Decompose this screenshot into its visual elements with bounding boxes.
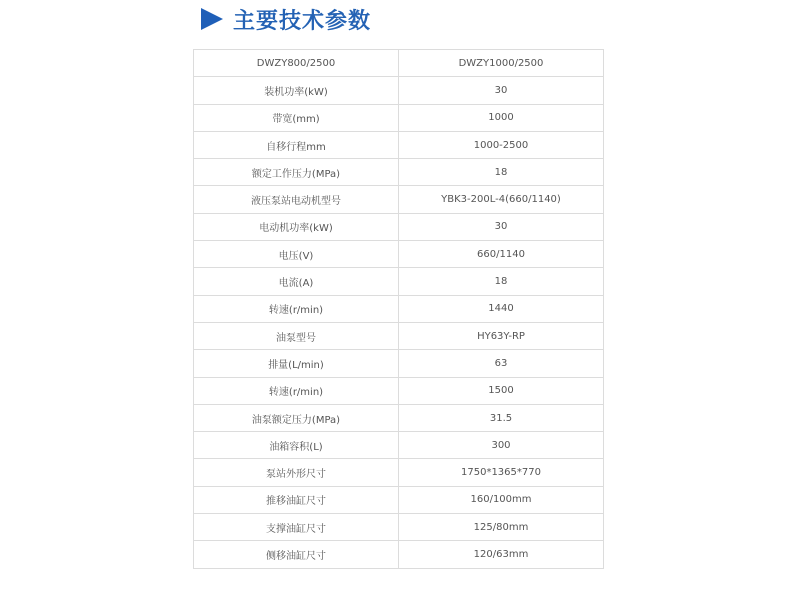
- param-label: 油泵额定压力(MPa): [194, 404, 399, 431]
- param-label: 推移油缸尺寸: [194, 486, 399, 513]
- param-label: 液压泵站电动机型号: [194, 186, 399, 213]
- param-value: 63: [399, 350, 604, 377]
- param-label: 额定工作压力(MPa): [194, 159, 399, 186]
- param-value: 1440: [399, 295, 604, 322]
- table-row: 推移油缸尺寸160/100mm: [194, 486, 604, 513]
- param-value: 18: [399, 268, 604, 295]
- param-label: 支撑油缸尺寸: [194, 514, 399, 541]
- param-value: 660/1140: [399, 241, 604, 268]
- table-row: 带宽(mm)1000: [194, 104, 604, 131]
- table-row: 排量(L/min)63: [194, 350, 604, 377]
- param-label: 泵站外形尺寸: [194, 459, 399, 486]
- section-title: 主要技术参数: [233, 4, 371, 35]
- param-label: 油泵型号: [194, 322, 399, 349]
- header-cell-model-1: DWZY800/2500: [194, 50, 399, 77]
- param-label: 转速(r/min): [194, 295, 399, 322]
- param-label: 带宽(mm): [194, 104, 399, 131]
- param-value: 125/80mm: [399, 514, 604, 541]
- param-label: 油箱容积(L): [194, 432, 399, 459]
- table-row: 转速(r/min)1440: [194, 295, 604, 322]
- param-value: 300: [399, 432, 604, 459]
- table-row: 泵站外形尺寸1750*1365*770: [194, 459, 604, 486]
- table-row: 电压(V)660/1140: [194, 241, 604, 268]
- table-row: 油泵额定压力(MPa)31.5: [194, 404, 604, 431]
- param-value: 1000: [399, 104, 604, 131]
- param-value: HY63Y-RP: [399, 322, 604, 349]
- table-row: 油泵型号HY63Y-RP: [194, 322, 604, 349]
- section-heading: 主要技术参数: [201, 4, 371, 34]
- table-row: 自移行程mm1000-2500: [194, 131, 604, 158]
- param-value: 31.5: [399, 404, 604, 431]
- param-label: 排量(L/min): [194, 350, 399, 377]
- param-label: 电流(A): [194, 268, 399, 295]
- spec-table: DWZY800/2500 DWZY1000/2500 装机功率(kW)30带宽(…: [193, 49, 604, 569]
- param-label: 自移行程mm: [194, 131, 399, 158]
- header-cell-model-2: DWZY1000/2500: [399, 50, 604, 77]
- table-row: 液压泵站电动机型号YBK3-200L-4(660/1140): [194, 186, 604, 213]
- param-label: 装机功率(kW): [194, 77, 399, 104]
- table-header-row: DWZY800/2500 DWZY1000/2500: [194, 50, 604, 77]
- table-row: 侧移油缸尺寸120/63mm: [194, 541, 604, 568]
- param-value: YBK3-200L-4(660/1140): [399, 186, 604, 213]
- param-label: 侧移油缸尺寸: [194, 541, 399, 568]
- table-row: 装机功率(kW)30: [194, 77, 604, 104]
- table-row: 油箱容积(L)300: [194, 432, 604, 459]
- table-row: 额定工作压力(MPa)18: [194, 159, 604, 186]
- param-value: 30: [399, 77, 604, 104]
- table-row: 支撑油缸尺寸125/80mm: [194, 514, 604, 541]
- param-value: 120/63mm: [399, 541, 604, 568]
- param-value: 1000-2500: [399, 131, 604, 158]
- param-label: 电动机功率(kW): [194, 213, 399, 240]
- param-value: 160/100mm: [399, 486, 604, 513]
- param-value: 30: [399, 213, 604, 240]
- param-label: 电压(V): [194, 241, 399, 268]
- table-row: 电动机功率(kW)30: [194, 213, 604, 240]
- param-value: 1750*1365*770: [399, 459, 604, 486]
- table-row: 转速(r/min)1500: [194, 377, 604, 404]
- param-value: 1500: [399, 377, 604, 404]
- triangle-arrow-right-icon: [201, 8, 223, 30]
- param-label: 转速(r/min): [194, 377, 399, 404]
- param-value: 18: [399, 159, 604, 186]
- table-row: 电流(A)18: [194, 268, 604, 295]
